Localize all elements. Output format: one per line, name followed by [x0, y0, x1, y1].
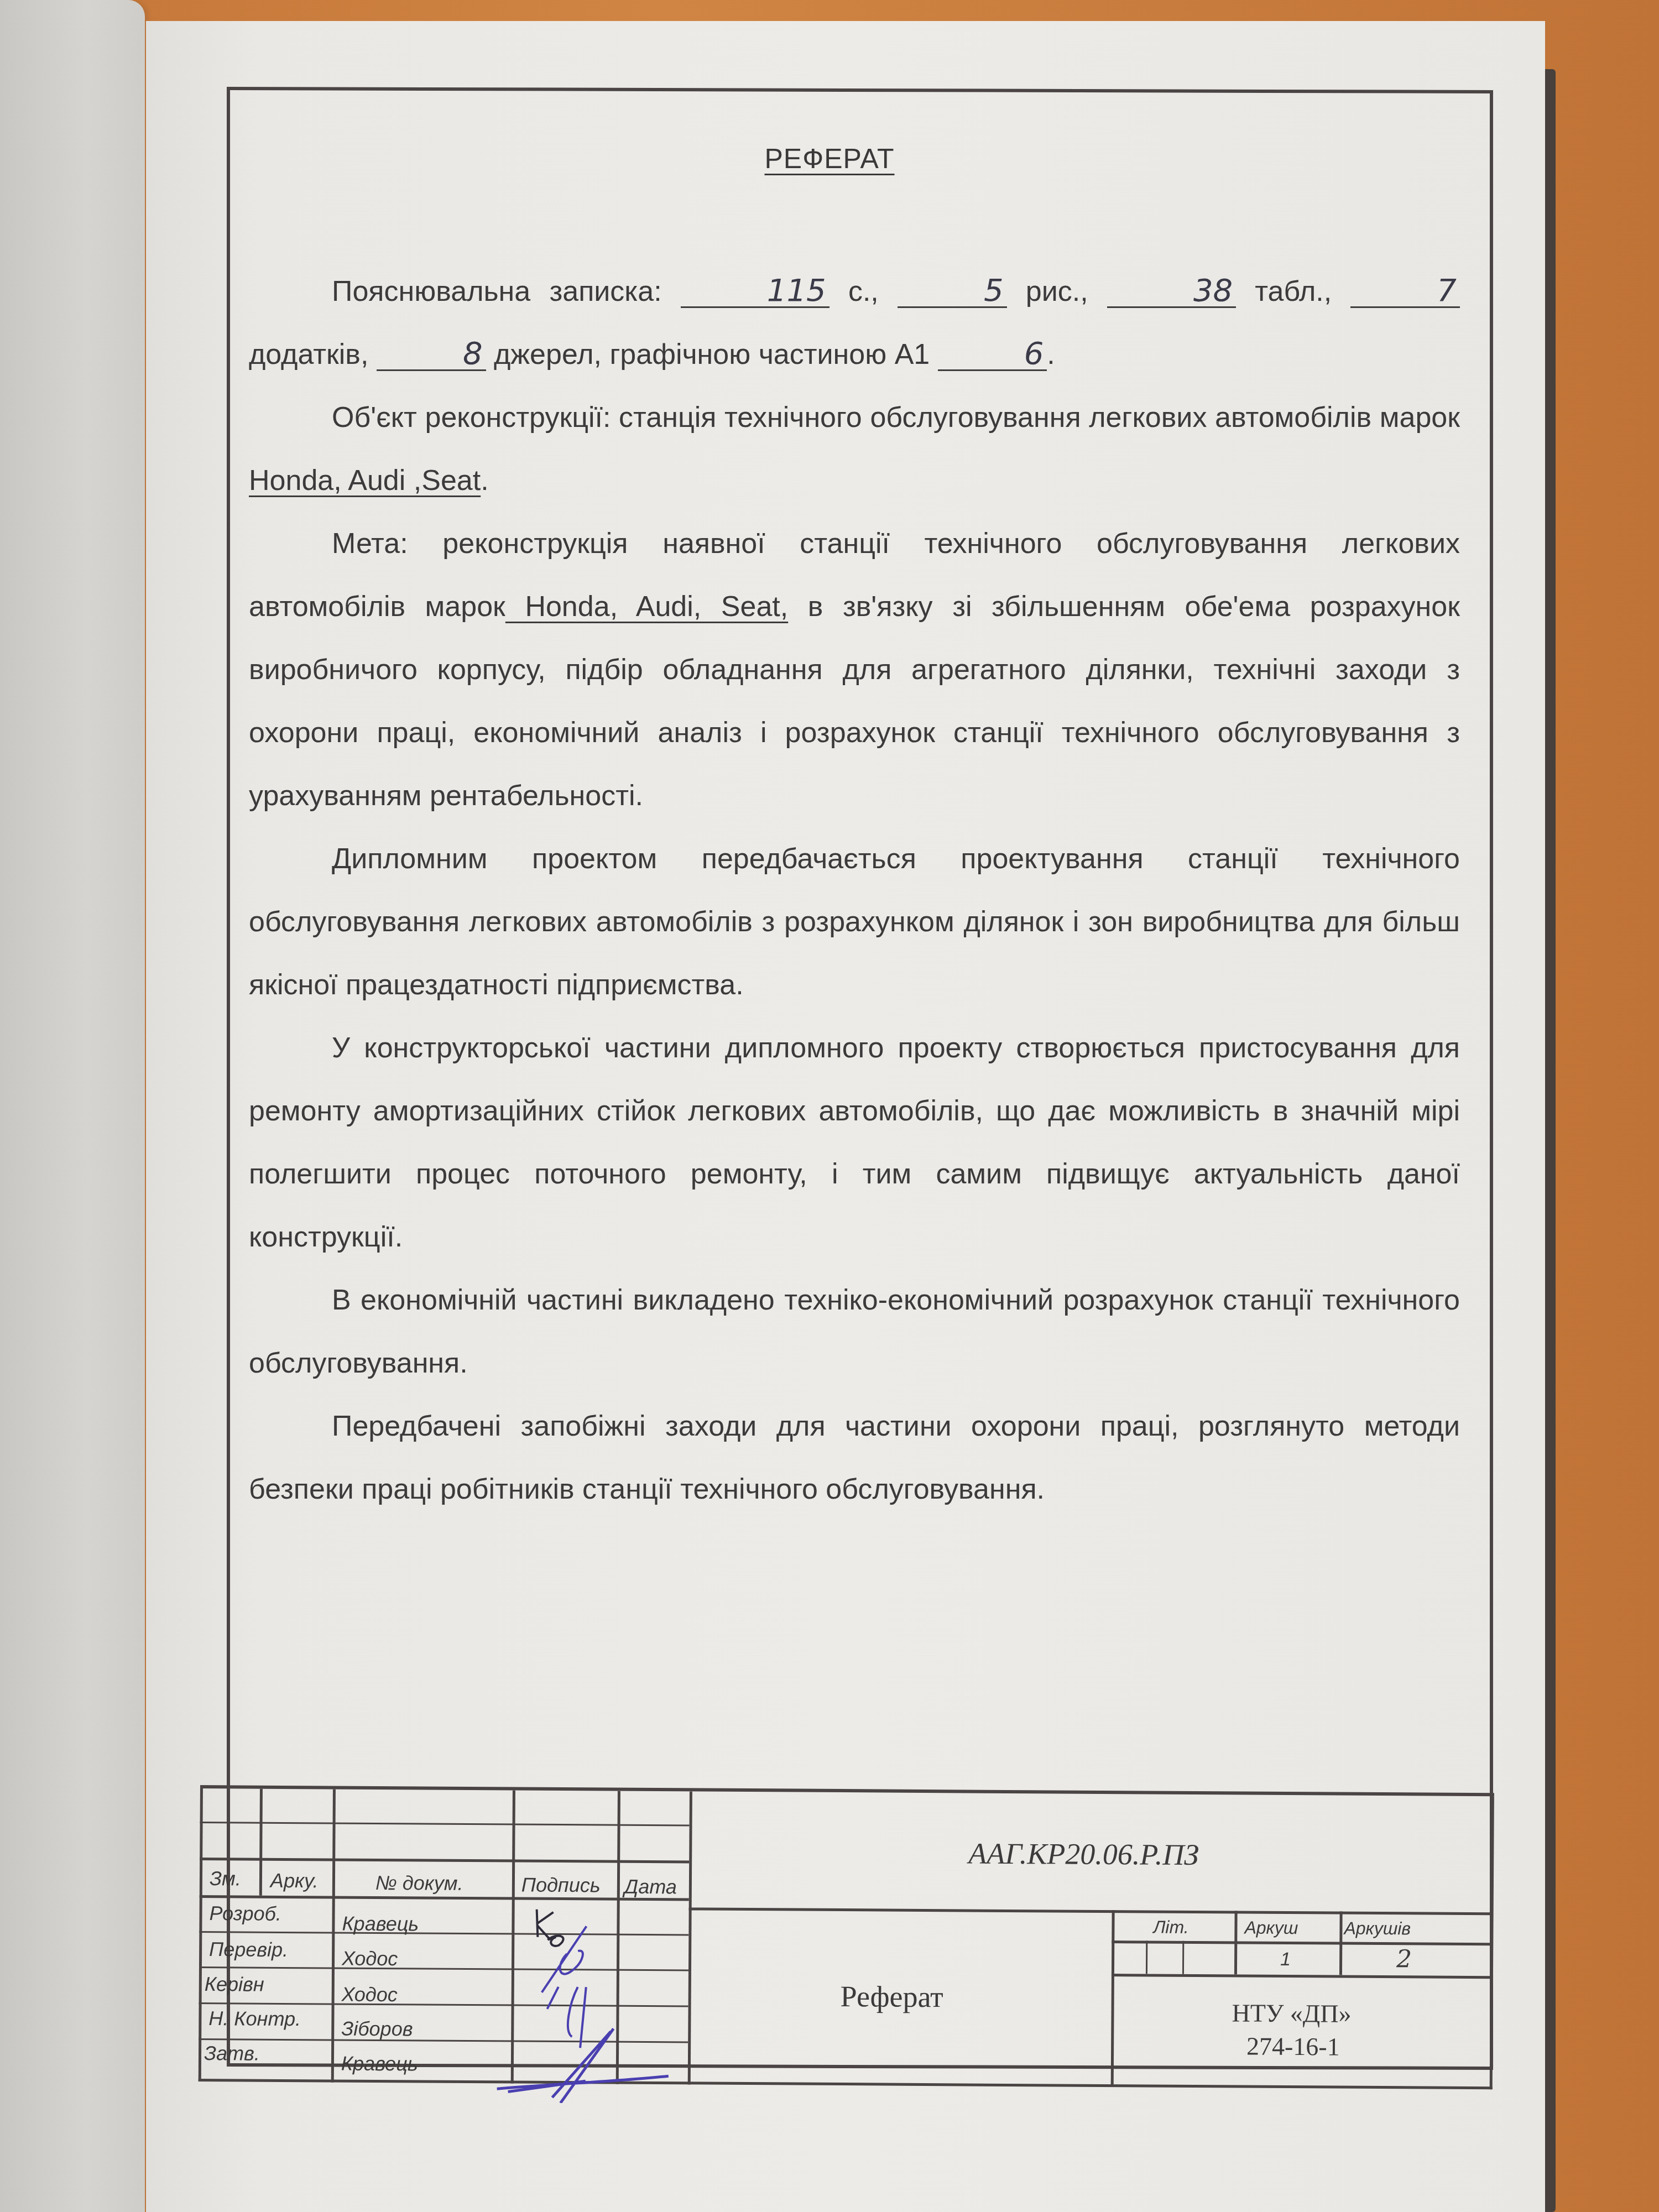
- sheet-value: 1: [1280, 1949, 1291, 1970]
- object-brands: Honda, Audi ,Seat: [249, 465, 481, 497]
- object-paragraph: Об'єкт реконструкції: станція технічного…: [249, 386, 1460, 512]
- stamp-grid-line: [259, 1789, 263, 1896]
- name-checker: Ходос: [342, 1947, 398, 1971]
- role-norm-control: Н. Контр.: [208, 2007, 301, 2031]
- project-paragraph: Дипломним проектом передбачається проект…: [249, 827, 1460, 1016]
- stamp-grid-line: [1182, 1941, 1184, 1974]
- left-facing-page: [0, 0, 145, 2212]
- lit-label: Літ.: [1153, 1917, 1188, 1938]
- name-norm-control: Зіборов: [341, 2017, 413, 2041]
- sheet-label: Аркуш: [1244, 1918, 1298, 1939]
- title-text: РЕФЕРАТ: [764, 143, 894, 174]
- stamp-grid-line: [1111, 1910, 1115, 2087]
- summary-prefix: Пояснювальна записка:: [332, 275, 662, 307]
- handwritten-graphic-sheets: 6: [938, 338, 1047, 371]
- role-supervisor: Керівн: [205, 1973, 264, 1996]
- role-approved: Затв.: [204, 2042, 260, 2065]
- stamp-grid-line: [1234, 1911, 1238, 1974]
- sheets-label: Аркушів: [1344, 1918, 1411, 1939]
- stamp-grid-line: [1112, 1974, 1490, 1979]
- summary-end: .: [1047, 338, 1055, 371]
- economics-paragraph: В економічній частині викладено техніко-…: [249, 1269, 1460, 1395]
- stamp-grid-line: [1339, 1912, 1343, 1975]
- title-block: Зм. Арку. № докум. Подпись Дата Розроб. …: [199, 1785, 1494, 2089]
- document-designation: ААГ.КР20.06.Р.ПЗ: [968, 1836, 1199, 1872]
- stamp-grid-line: [1112, 1940, 1490, 1945]
- handwritten-appendices-count: 7: [1350, 275, 1460, 308]
- document-body: Пояснювальна записка: 115 с., 5 рис., 38…: [249, 260, 1460, 1521]
- goal-paragraph: Мета: реконструкція наявної станції техн…: [249, 512, 1460, 827]
- signatures-icon: [475, 1892, 708, 2104]
- handwritten-tables-count: 38: [1107, 275, 1236, 308]
- pages-unit: с.,: [848, 275, 879, 307]
- sources-unit: джерел, графічною частиною А1: [494, 338, 930, 371]
- stamp-grid-line: [200, 1858, 689, 1863]
- handwritten-sources-count: 8: [377, 338, 486, 371]
- handwritten-figures-count: 5: [898, 275, 1007, 308]
- object-end: .: [481, 465, 488, 497]
- role-checker: Перевір.: [209, 1938, 288, 1961]
- summary-paragraph: Пояснювальна записка: 115 с., 5 рис., 38…: [249, 260, 1460, 386]
- object-text: Об'єкт реконструкції: станція технічного…: [332, 401, 1460, 434]
- page-title: РЕФЕРАТ: [0, 143, 1659, 175]
- stamp-grid-line: [689, 1907, 1491, 1915]
- name-supervisor: Ходос: [342, 1983, 398, 2007]
- tables-unit: табл.,: [1255, 275, 1332, 307]
- header-change: Зм.: [210, 1867, 241, 1890]
- stamp-grid-line: [331, 1789, 336, 2082]
- design-paragraph: У конструкторської частини дипломного пр…: [249, 1016, 1460, 1269]
- stamp-grid-line: [200, 1822, 690, 1826]
- stamp-document-title: Реферат: [840, 1979, 943, 2014]
- appendices-unit: додатків,: [249, 338, 368, 371]
- group-code: 274-16-1: [1246, 2032, 1340, 2062]
- organization: НТУ «ДП»: [1232, 1998, 1351, 2028]
- safety-paragraph: Передбачені запобіжні заходи для частини…: [249, 1395, 1460, 1521]
- header-doc-number: № докум.: [375, 1871, 463, 1895]
- header-sheet: Арку.: [270, 1869, 319, 1893]
- name-approved: Кравець: [341, 2052, 418, 2076]
- stamp-grid-line: [1146, 1940, 1147, 1974]
- goal-brands: Honda, Audi, Seat,: [505, 591, 788, 623]
- handwritten-pages-count: 115: [681, 275, 830, 308]
- role-developer: Розроб.: [209, 1902, 281, 1926]
- figures-unit: рис.,: [1026, 275, 1088, 307]
- name-developer: Кравець: [342, 1912, 419, 1936]
- goal-text-after: в зв'язку зі збільшенням обе'ема розраху…: [249, 591, 1460, 812]
- sheets-value-handwritten: 2: [1396, 1945, 1412, 1973]
